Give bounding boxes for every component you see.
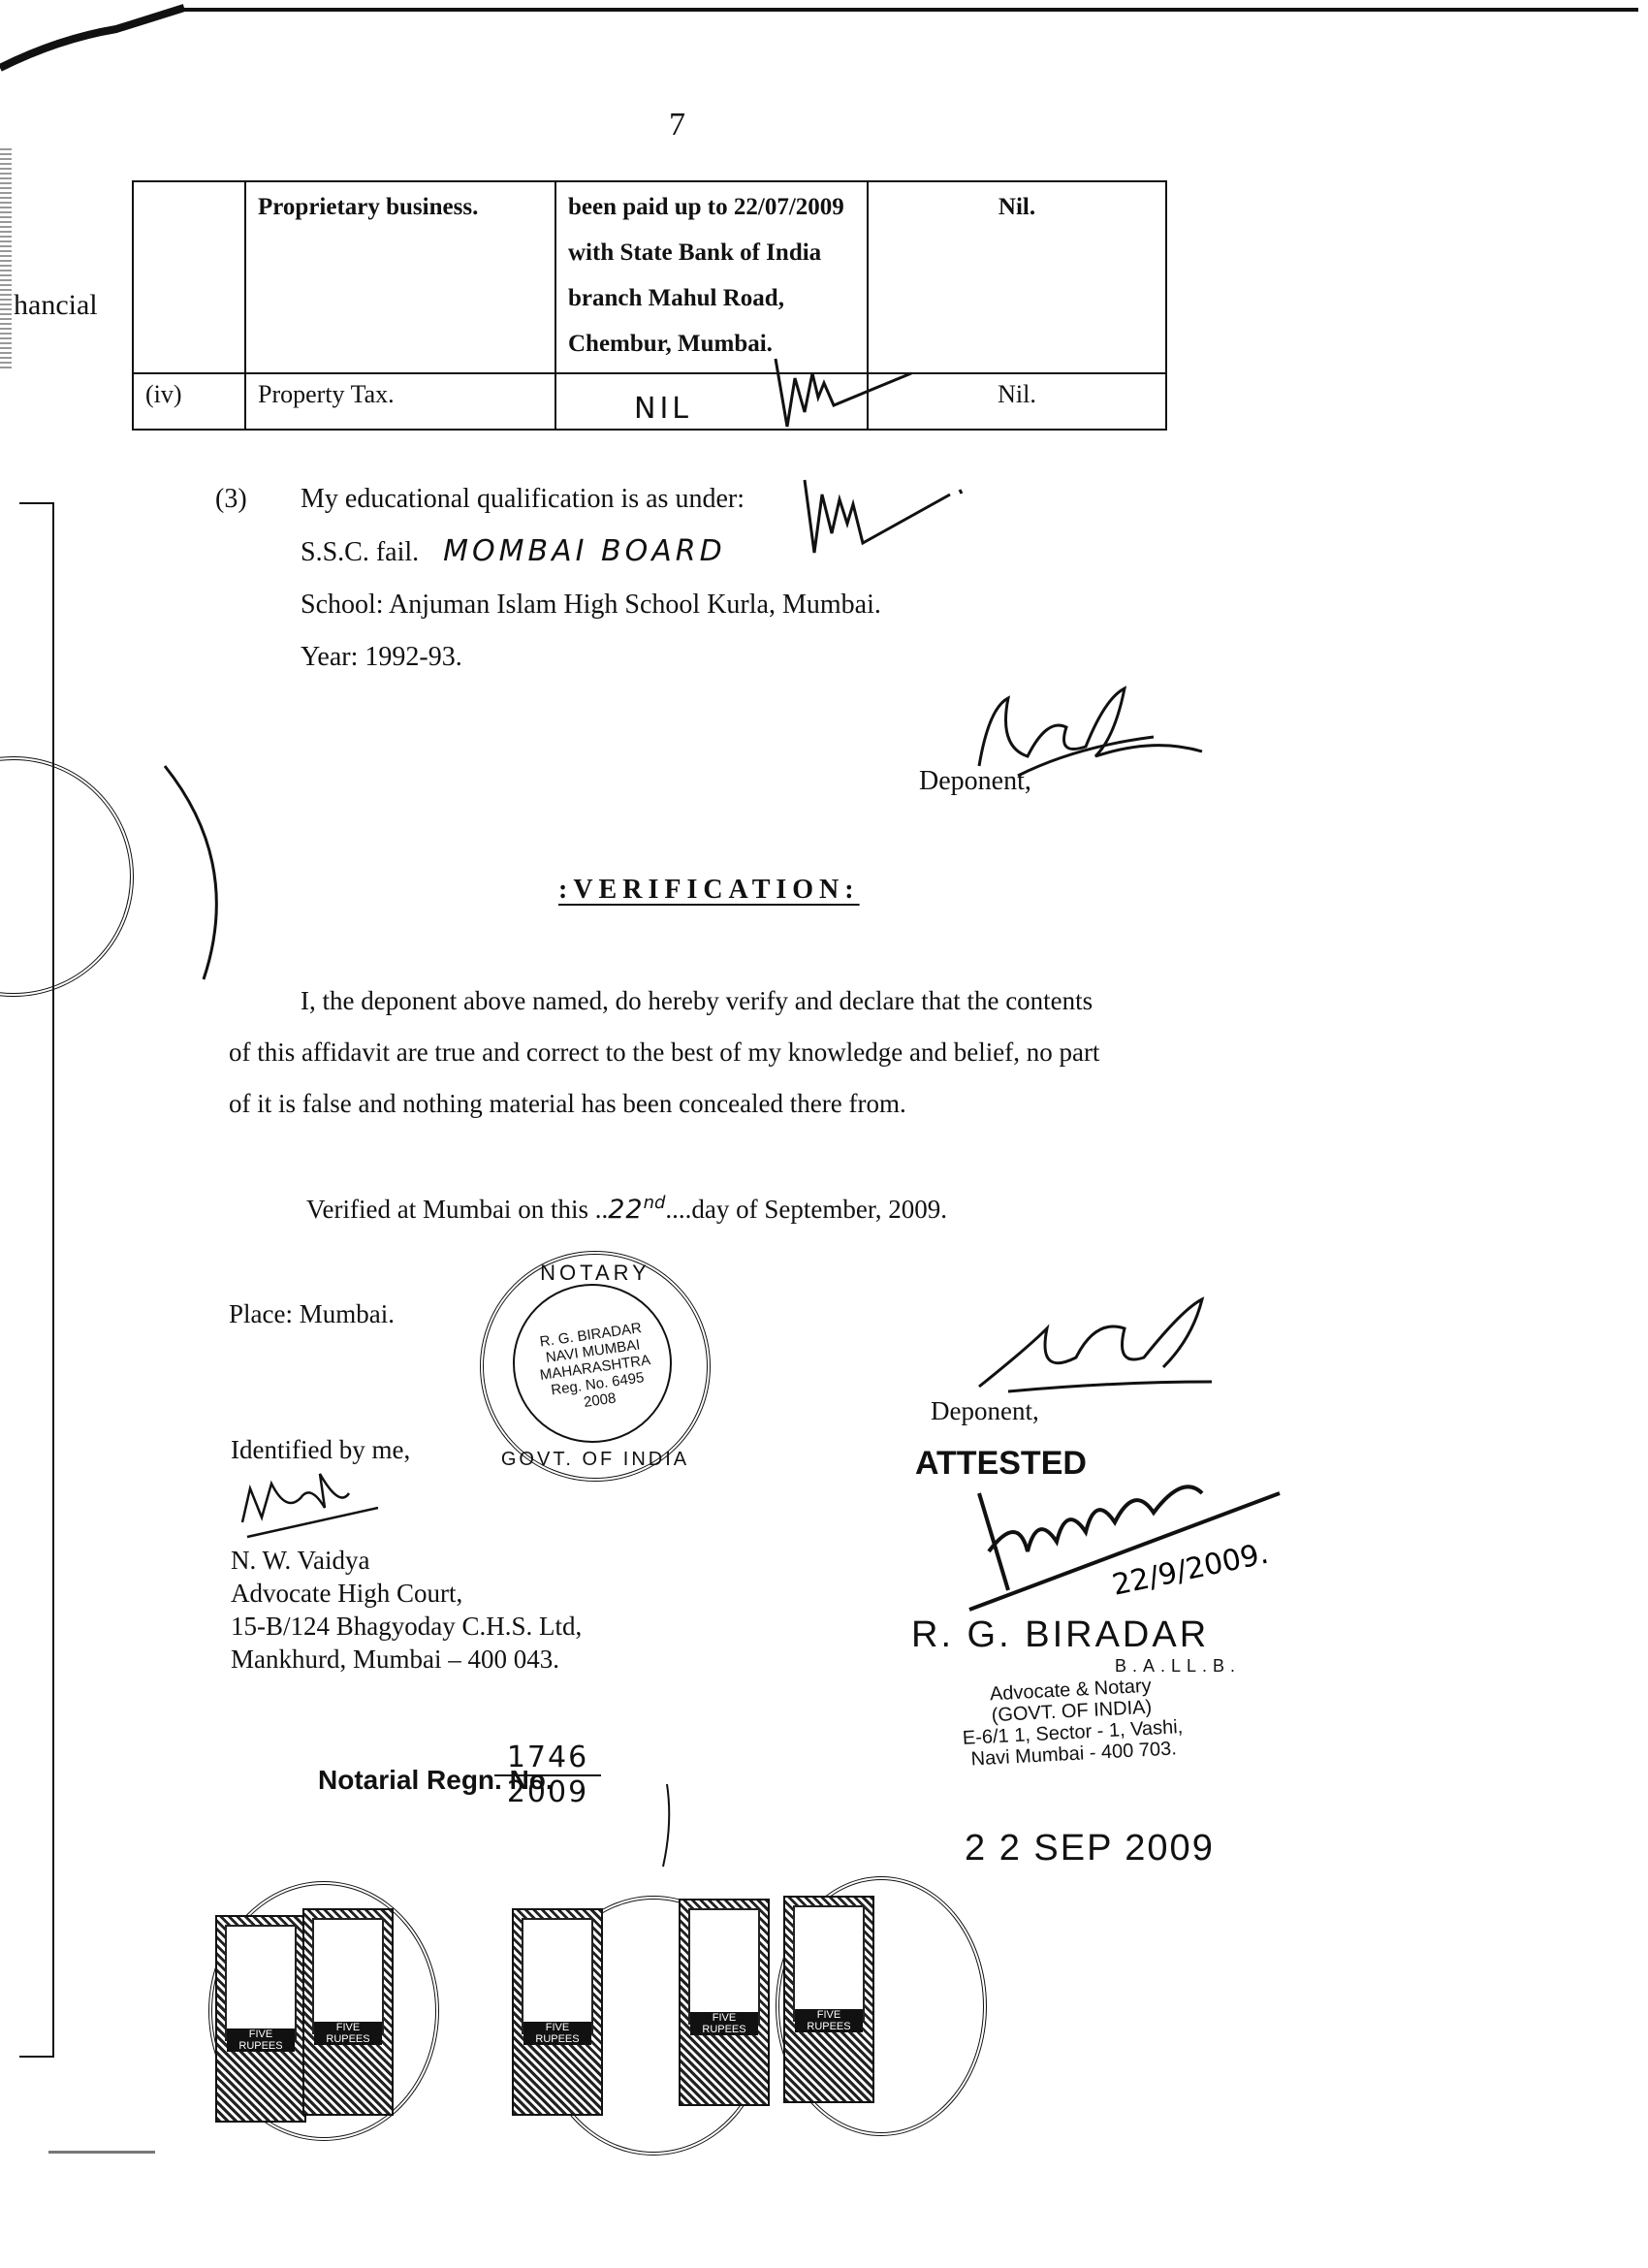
notary-seal-margin [0, 756, 134, 997]
date-stamp: 2 2 SEP 2009 [965, 1828, 1215, 1869]
details-line: branch Mahul Road, [568, 275, 855, 321]
table-cell-index: (iv) [133, 373, 245, 430]
regn-mark-icon [659, 1784, 679, 1871]
page-corner-fold [0, 0, 194, 78]
table-row: Proprietary business. been paid up to 22… [133, 181, 1166, 373]
verification-body: I, the deponent above named, do hereby v… [229, 975, 1256, 1130]
margin-fragment-text: hancial [14, 289, 98, 322]
seal-bottom-text: GOVT. OF INDIA [484, 1452, 707, 1468]
verified-statement: Verified at Mumbai on this ..22nd....day… [306, 1193, 947, 1225]
initials-signature-icon [805, 475, 989, 572]
advocate-signature-icon [233, 1454, 388, 1551]
notarial-regn-number: 1746 2009 [494, 1741, 601, 1809]
handwritten-nil: NIL [634, 392, 692, 426]
regn-year: 2009 [494, 1776, 601, 1809]
advocate-details: N. W. Vaidya Advocate High Court, 15-B/1… [231, 1544, 582, 1676]
advocate-title: Advocate High Court, [231, 1577, 582, 1610]
financial-table: Proprietary business. been paid up to 22… [132, 180, 1167, 431]
scan-margin-noise [0, 145, 12, 368]
verification-title: :VERIFICATION: [558, 875, 860, 906]
revenue-stamp: FIVE RUPEES [679, 1899, 770, 2106]
place-label: Place: Mumbai. [229, 1299, 395, 1329]
details-line: been paid up to 22/07/2009 [568, 184, 855, 230]
section-number: (3) [215, 473, 247, 526]
verification-line: of it is false and nothing material has … [229, 1078, 1256, 1130]
day-suffix: nd [644, 1193, 666, 1213]
seal-center-text: R. G. BIRADAR NAVI MUMBAI MAHARASHTRA Re… [532, 1319, 659, 1417]
education-school: School: Anjuman Islam High School Kurla,… [301, 579, 1076, 631]
table-cell-item: Property Tax. [245, 373, 555, 430]
verified-prefix: Verified at Mumbai on this .. [306, 1195, 608, 1224]
deponent-label: Deponent, [919, 766, 1031, 797]
revenue-stamp: FIVE RUPEES [783, 1896, 874, 2103]
verification-line: of this affidavit are true and correct t… [229, 1027, 1256, 1078]
revenue-stamp: FIVE RUPEES [302, 1908, 394, 2116]
revenue-stamp: FIVE RUPEES [215, 1915, 306, 2123]
revenue-stamp: FIVE RUPEES [512, 1908, 603, 2116]
regn-number: 1746 [494, 1741, 601, 1776]
notary-name: R. G. BIRADAR [911, 1614, 1209, 1656]
deponent-signature-icon [969, 1290, 1231, 1396]
table-row: (iv) Property Tax. NIL Nil. [133, 373, 1166, 430]
advocate-address-line: 15-B/124 Bhagyoday C.H.S. Ltd, [231, 1610, 582, 1643]
handwritten-board: MOMBAI BOARD [443, 534, 726, 568]
verified-rest: ....day of September, 2009. [665, 1195, 947, 1224]
table-cell-details: been paid up to 22/07/2009 with State Ba… [555, 181, 868, 373]
notary-signature-icon: 22/9/2009. [950, 1454, 1299, 1619]
handwritten-day: 22 [608, 1195, 643, 1225]
page-number: 7 [669, 107, 685, 144]
table-cell-item: Proprietary business. [245, 181, 555, 373]
deponent-label: Deponent, [931, 1396, 1039, 1426]
education-year: Year: 1992-93. [301, 631, 1076, 684]
initials-signature-icon [766, 359, 931, 436]
notary-seal: NOTARY R. G. BIRADAR NAVI MUMBAI MAHARAS… [480, 1251, 711, 1482]
advocate-name: N. W. Vaidya [231, 1544, 582, 1577]
table-cell-value: Nil. [868, 181, 1166, 373]
page-top-edge [184, 8, 1638, 12]
scan-smudge [48, 2151, 155, 2154]
details-line: with State Bank of India [568, 230, 855, 275]
result-text: S.S.C. fail. [301, 537, 419, 567]
verification-line: I, the deponent above named, do hereby v… [229, 975, 1256, 1027]
notary-address: Advocate & Notary (GOVT. OF INDIA) E-6/1… [925, 1672, 1220, 1773]
table-cell-index [133, 181, 245, 373]
margin-bracket [19, 502, 54, 2058]
seal-arc-icon [165, 756, 242, 989]
seal-top-text: NOTARY [484, 1264, 707, 1281]
advocate-address-line: Mankhurd, Mumbai – 400 043. [231, 1643, 582, 1676]
